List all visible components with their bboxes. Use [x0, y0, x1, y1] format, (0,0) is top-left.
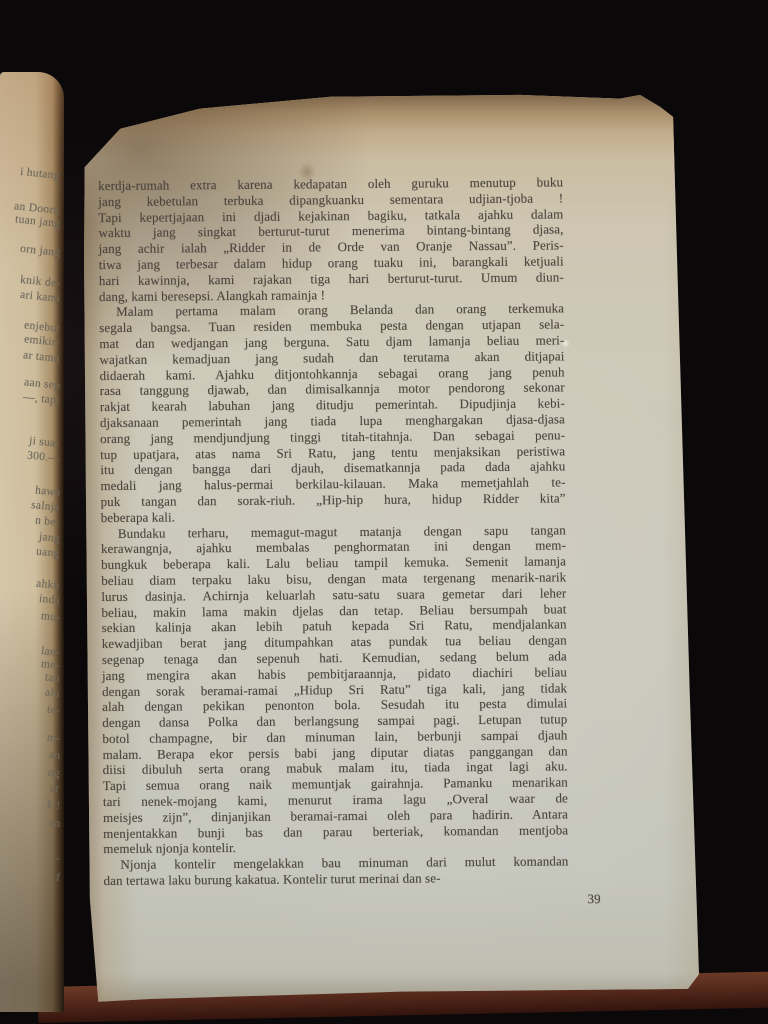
left-page-text-fragment: ji sua- — [29, 435, 61, 450]
left-page-text-fragment: ar — [50, 782, 61, 795]
left-page-text-fragment: mu- — [40, 610, 61, 624]
left-page-text-fragment: tau — [45, 671, 61, 684]
left-page-text-fragment: orn jang — [19, 243, 60, 259]
left-page-text-fragment: 300.— — [26, 450, 60, 465]
left-page-edge: i hutangan Doorntuan jangorn jangknik de… — [0, 72, 64, 1012]
left-page-text-fragment: enjebut — [24, 319, 61, 335]
left-page-text-fragment: - — [55, 853, 60, 865]
left-page-text-fragment: n be- — [35, 514, 61, 529]
left-page-text-fragment: ahku — [36, 578, 61, 592]
left-page-text-fragment: uang — [36, 546, 61, 560]
paragraph: Bundaku terharu, memagut-magut matanja d… — [101, 522, 569, 857]
left-page-text-fragment: inda — [38, 593, 60, 607]
left-page-text-fragment: te- — [46, 704, 60, 717]
left-page-text-fragment: alu — [45, 686, 61, 699]
left-page-text-fragment: an — [48, 817, 61, 830]
left-page-text-fragment: k ! — [46, 799, 61, 812]
left-page-text-fragment: emikir- — [24, 333, 61, 349]
left-page-text-fragment: —, tapi — [23, 391, 61, 407]
left-page-text-fragment: aan sep — [23, 376, 60, 392]
left-page-text-fragment: jang — [38, 531, 60, 545]
left-page-text-fragment: knik de- — [19, 274, 60, 290]
paragraph: Malam pertama malam orang Belanda dan or… — [99, 301, 566, 526]
left-page-text-fragment: f — [55, 872, 60, 884]
left-page-text-fragment: me- — [41, 658, 61, 672]
left-page-text-fragment: an — [48, 749, 61, 762]
left-page-text-fragment: ng — [47, 767, 60, 780]
left-page-text-fragment: i hutang — [20, 166, 61, 182]
text-line: dan tertawa laku burung kakatua. Konteli… — [103, 869, 568, 888]
left-page-text-fragment: ari kami — [19, 289, 60, 305]
left-page-text-fragment: m- — [46, 732, 61, 745]
paragraph: Njonja kontelir mengelakkan bau minuman … — [103, 854, 568, 889]
left-page-text-fragment: salnja — [31, 499, 61, 514]
left-page-text-fragment: lan- — [40, 645, 60, 659]
photo-of-open-book: i hutangan Doorntuan jangorn jangknik de… — [0, 0, 768, 1024]
book-page: kerdja-rumah extra karena kedapatan oleh… — [62, 94, 710, 1010]
page-number: 39 — [104, 891, 601, 911]
left-page-text-fragment: ar tamu — [23, 349, 61, 365]
page-text: kerdja-rumah extra karena kedapatan oleh… — [98, 174, 569, 910]
left-page-text-fragment: hawa — [34, 484, 61, 499]
paragraph: kerdja-rumah extra karena kedapatan oleh… — [98, 174, 564, 304]
